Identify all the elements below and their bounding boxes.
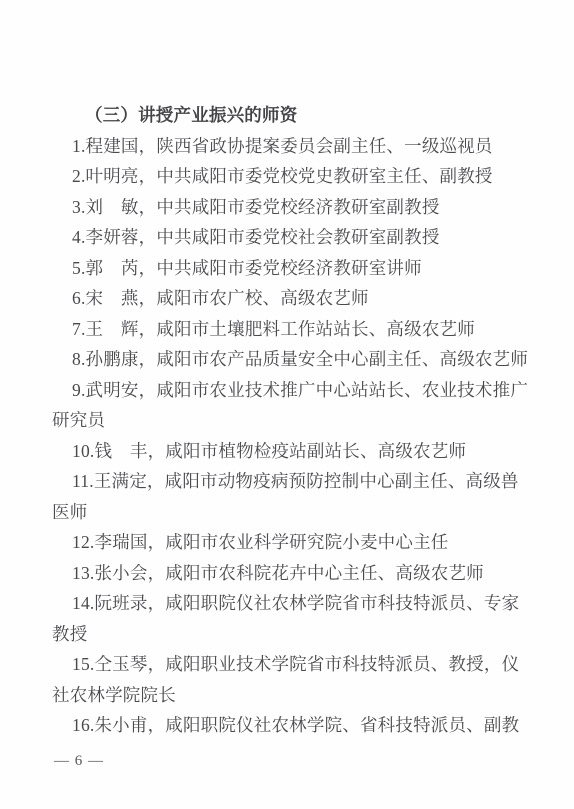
item-11-continuation: 医师 [52, 497, 552, 528]
item-6: 6.宋 燕，咸阳市农广校、高级农艺师 [52, 283, 552, 314]
item-15-continuation: 社农林学院院长 [52, 680, 552, 711]
page-number: — 6 — [54, 751, 104, 771]
item-15: 15.仝玉琴，咸阳职业技术学院省市科技特派员、教授，仪 [52, 649, 552, 680]
section-heading: （三）讲授产业振兴的师资 [52, 100, 552, 131]
item-7: 7.王 辉，咸阳市土壤肥料工作站站长、高级农艺师 [52, 314, 552, 345]
item-14: 14.阮班录，咸阳职院仪社农林学院省市科技特派员、专家 [52, 588, 552, 619]
item-14-continuation: 教授 [52, 619, 552, 650]
item-11: 11.王满定，咸阳市动物疫病预防控制中心副主任、高级兽 [52, 466, 552, 497]
item-16: 16.朱小甫，咸阳职院仪社农林学院、省科技特派员、副教 [52, 710, 552, 741]
item-9-continuation: 研究员 [52, 405, 552, 436]
document-page: （三）讲授产业振兴的师资 1.程建国，陕西省政协提案委员会副主任、一级巡视员 2… [0, 0, 574, 809]
item-3: 3.刘 敏，中共咸阳市委党校经济教研室副教授 [52, 192, 552, 223]
item-9: 9.武明安，咸阳市农业技术推广中心站站长、农业技术推广 [52, 375, 552, 406]
item-13: 13.张小会，咸阳市农科院花卉中心主任、高级农艺师 [52, 558, 552, 589]
item-4: 4.李妍蓉，中共咸阳市委党校社会教研室副教授 [52, 222, 552, 253]
document-body: （三）讲授产业振兴的师资 1.程建国，陕西省政协提案委员会副主任、一级巡视员 2… [52, 100, 552, 741]
item-12: 12.李瑞国，咸阳市农业科学研究院小麦中心主任 [52, 527, 552, 558]
item-8: 8.孙鹏康，咸阳市农产品质量安全中心副主任、高级农艺师 [52, 344, 552, 375]
item-1: 1.程建国，陕西省政协提案委员会副主任、一级巡视员 [52, 131, 552, 162]
item-10: 10.钱 丰，咸阳市植物检疫站副站长、高级农艺师 [52, 436, 552, 467]
item-5: 5.郭 芮，中共咸阳市委党校经济教研室讲师 [52, 253, 552, 284]
item-2: 2.叶明亮，中共咸阳市委党校党史教研室主任、副教授 [52, 161, 552, 192]
